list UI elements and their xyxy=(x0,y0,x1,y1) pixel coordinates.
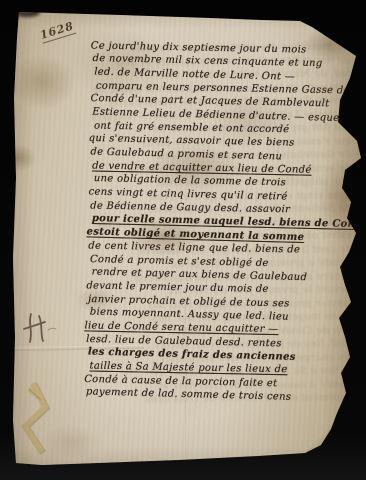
manuscript-page: Ce jourd'huy dix septiesme jour du moisd… xyxy=(0,0,366,480)
scan-background: Ce jourd'huy dix septiesme jour du moisd… xyxy=(0,0,366,480)
edge-shading xyxy=(0,0,366,480)
